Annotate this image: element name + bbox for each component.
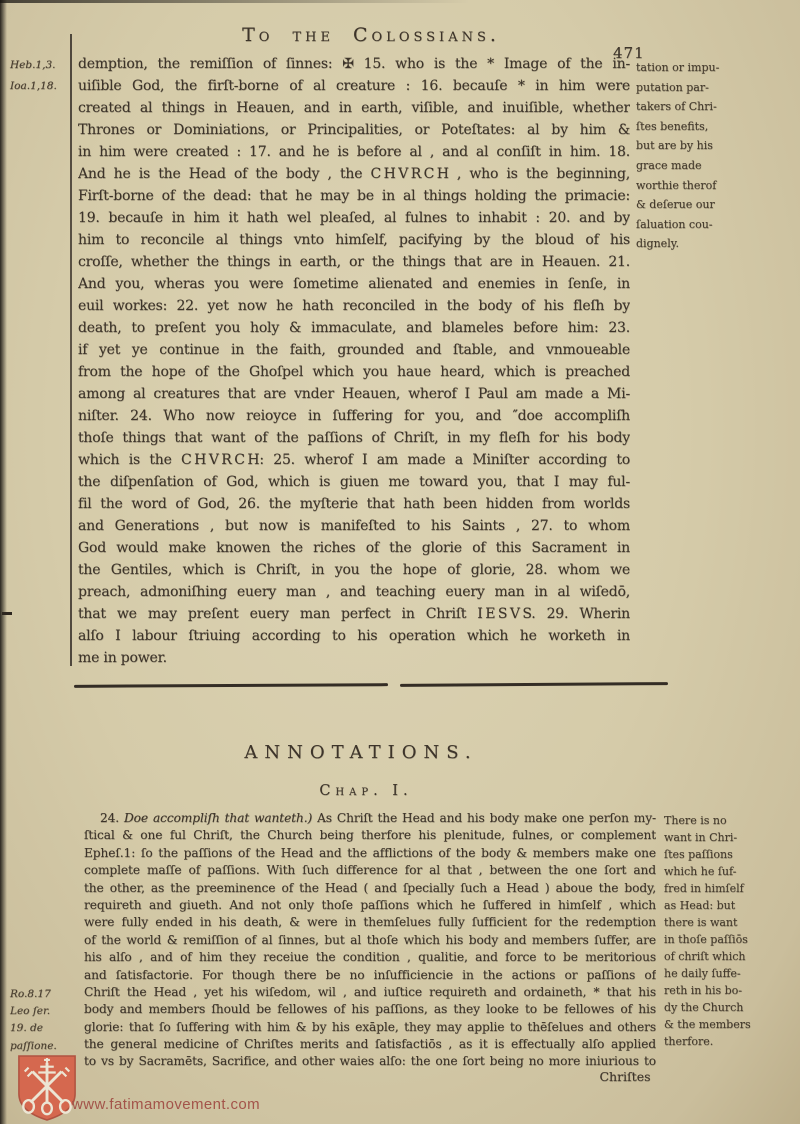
text-line: Thrones or Dominiations, or Principaliti… bbox=[78, 119, 630, 141]
text-line: God would make knowen the riches of the … bbox=[78, 537, 630, 559]
chapter-heading: Chap. I. bbox=[0, 783, 732, 799]
margin-note-line: takers of Chri- bbox=[636, 97, 734, 117]
annotations-right-margin-notes: There is nowant in Chri-ſtes paſſionswhi… bbox=[664, 812, 778, 1050]
text-line: death, to preſent you holy & immaculate,… bbox=[78, 317, 630, 339]
margin-note-line: & deſerue our bbox=[636, 195, 734, 215]
text-line: that we may preſent euery man perfect in… bbox=[78, 603, 630, 625]
margin-note-line: ſtes benefits, bbox=[636, 117, 734, 137]
text-line: created al things in Heauen, and in eart… bbox=[78, 97, 630, 119]
scripture-right-margin-notes: tation or impu-putation par-takers of Ch… bbox=[636, 58, 734, 254]
text-line: Chriſt the Head , yet his wiſedom, wil ,… bbox=[84, 984, 656, 1001]
text-line: the other, as the preeminence of the Hea… bbox=[84, 880, 656, 897]
text-line: of the world & remiſſion of al ſinnes, b… bbox=[84, 932, 656, 949]
text-line: glorie: that ſo ſuffering with him & by … bbox=[84, 1019, 656, 1036]
margin-reference: 19. de bbox=[10, 1020, 78, 1037]
watermark-url: www.fatimamovement.com bbox=[72, 1096, 260, 1113]
running-head: To the Colossians. bbox=[0, 24, 742, 46]
margin-note-line: want in Chri- bbox=[664, 829, 778, 846]
book-page: To the Colossians. 471 Heb.1,3.Ioa.1,18.… bbox=[0, 0, 800, 1124]
margin-mark bbox=[2, 612, 12, 615]
margin-note-line: he daily ſuffe- bbox=[664, 965, 778, 982]
text-line: the diſpenſation of God, which is giuen … bbox=[78, 471, 630, 493]
text-line: uiſible God, the firſt-borne of al creat… bbox=[78, 75, 630, 97]
margin-note-line: as Head: but bbox=[664, 897, 778, 914]
text-line: in him were created : 17. and he is befo… bbox=[78, 141, 630, 163]
text-line: alſo I labour ſtriuing according to his … bbox=[78, 625, 630, 647]
text-line: from the hope of the Ghoſpel which you h… bbox=[78, 361, 630, 383]
margin-note-line: & the members bbox=[664, 1016, 778, 1033]
catchword: Chriſtes bbox=[560, 1069, 690, 1084]
annotations-text: 24. Doe accompliſh that wanteth.) As Chr… bbox=[84, 810, 656, 1071]
section-divider-left bbox=[74, 683, 388, 688]
annotation-lead-text: As Chriſt the Head and his body make one… bbox=[317, 811, 656, 825]
text-line: demption, the remiſſion of ſinnes: ✠ 15.… bbox=[78, 53, 630, 75]
margin-note-line: dy the Church bbox=[664, 999, 778, 1016]
text-line: 19. becauſe in him it hath wel pleaſed, … bbox=[78, 207, 630, 229]
margin-note-line: but are by his bbox=[636, 136, 734, 156]
annotation-lead-line: 24. Doe accompliſh that wanteth.) As Chr… bbox=[84, 810, 656, 827]
margin-note-line: grace made bbox=[636, 156, 734, 176]
margin-note-line: of chriſt which bbox=[664, 948, 778, 965]
margin-reference: Heb.1,3. bbox=[10, 55, 68, 76]
margin-note-line: worthie therof bbox=[636, 176, 734, 196]
margin-note-line: There is no bbox=[664, 812, 778, 829]
margin-note-line: dignely. bbox=[636, 234, 734, 254]
text-line: body and members ſhould be fellowes of h… bbox=[84, 1001, 656, 1018]
margin-note-line: in thoſe paſſiōs bbox=[664, 931, 778, 948]
scripture-text: demption, the remiſſion of ſinnes: ✠ 15.… bbox=[78, 53, 630, 669]
text-line: were fully ended in his death, & were in… bbox=[84, 914, 656, 931]
annotation-lemma: Doe accompliſh that wanteth.) bbox=[124, 811, 312, 825]
annotation-verse-number: 24. bbox=[100, 811, 119, 825]
margin-note-line: tation or impu- bbox=[636, 58, 734, 78]
text-line: euil workes: 22. yet now he hath reconci… bbox=[78, 295, 630, 317]
text-line: if yet ye continue in the faith, grounde… bbox=[78, 339, 630, 361]
text-line: croſſe, whether the things in earth, or … bbox=[78, 251, 630, 273]
annotation-body: ſtical & one ful Chriſt, the Church bein… bbox=[84, 827, 656, 1070]
text-line: Epheſ.1: ſo the paſſions of the Head and… bbox=[84, 845, 656, 862]
section-divider-right bbox=[400, 682, 668, 687]
text-line: the general medicine of Chriſtes merits … bbox=[84, 1036, 656, 1053]
annotations-left-margin-notes: Ro.8.17Leo ſer.19. depaſſione. bbox=[10, 986, 78, 1055]
text-line: fil the word of God, 26. the myſterie th… bbox=[78, 493, 630, 515]
margin-note-line: which he ſuf- bbox=[664, 863, 778, 880]
text-line: niſter. 24. Who now reioyce in ſuffering… bbox=[78, 405, 630, 427]
text-line: his alſo , and of him they receiue the c… bbox=[84, 949, 656, 966]
text-line: ſtical & one ful Chriſt, the Church bein… bbox=[84, 827, 656, 844]
margin-note-line: there is want bbox=[664, 914, 778, 931]
margin-reference: Leo ſer. bbox=[10, 1003, 78, 1020]
text-line: Firſt-borne of the dead: that he may be … bbox=[78, 185, 630, 207]
text-line: me in power. bbox=[78, 647, 630, 669]
text-line: thoſe things that want of the paſſions o… bbox=[78, 427, 630, 449]
margin-note-line: ſtes paſſions bbox=[664, 846, 778, 863]
text-line: and ſatisfactorie. For though there be n… bbox=[84, 967, 656, 984]
text-line: preach, admoniſhing euery man , and teac… bbox=[78, 581, 630, 603]
papal-keys-shield-icon bbox=[16, 1053, 78, 1123]
text-line: complete maſſe of paſſions. With ſuch di… bbox=[84, 862, 656, 879]
text-line: and Generations , but now is manifeſted … bbox=[78, 515, 630, 537]
text-line: the Gentiles, which is Chriſt, in you th… bbox=[78, 559, 630, 581]
margin-reference: Ro.8.17 bbox=[10, 986, 78, 1003]
margin-note-line: ſaluation cou- bbox=[636, 215, 734, 235]
margin-note-line: therfore. bbox=[664, 1033, 778, 1050]
scripture-left-margin-notes: Heb.1,3.Ioa.1,18. bbox=[10, 55, 68, 97]
scan-edge-top bbox=[0, 0, 470, 3]
margin-note-line: fred in himſelf bbox=[664, 880, 778, 897]
text-line: which is the C H V R C H: 25. wherof I a… bbox=[78, 449, 630, 471]
margin-reference: Ioa.1,18. bbox=[10, 76, 68, 97]
text-line: among al creatures that are vnder Heauen… bbox=[78, 383, 630, 405]
margin-note-line: putation par- bbox=[636, 78, 734, 98]
text-line: And he is the Head of the body , the C H… bbox=[78, 163, 630, 185]
margin-rule bbox=[70, 34, 72, 666]
text-line: requireth and giueth. And not only thoſe… bbox=[84, 897, 656, 914]
scan-edge-left bbox=[0, 0, 7, 1124]
text-line: him to reconcile al things vnto himſelf,… bbox=[78, 229, 630, 251]
annotations-heading: ANNOTATIONS. bbox=[0, 742, 722, 763]
text-line: And you, wheras you were ſometime aliena… bbox=[78, 273, 630, 295]
margin-note-line: reth in his bo- bbox=[664, 982, 778, 999]
